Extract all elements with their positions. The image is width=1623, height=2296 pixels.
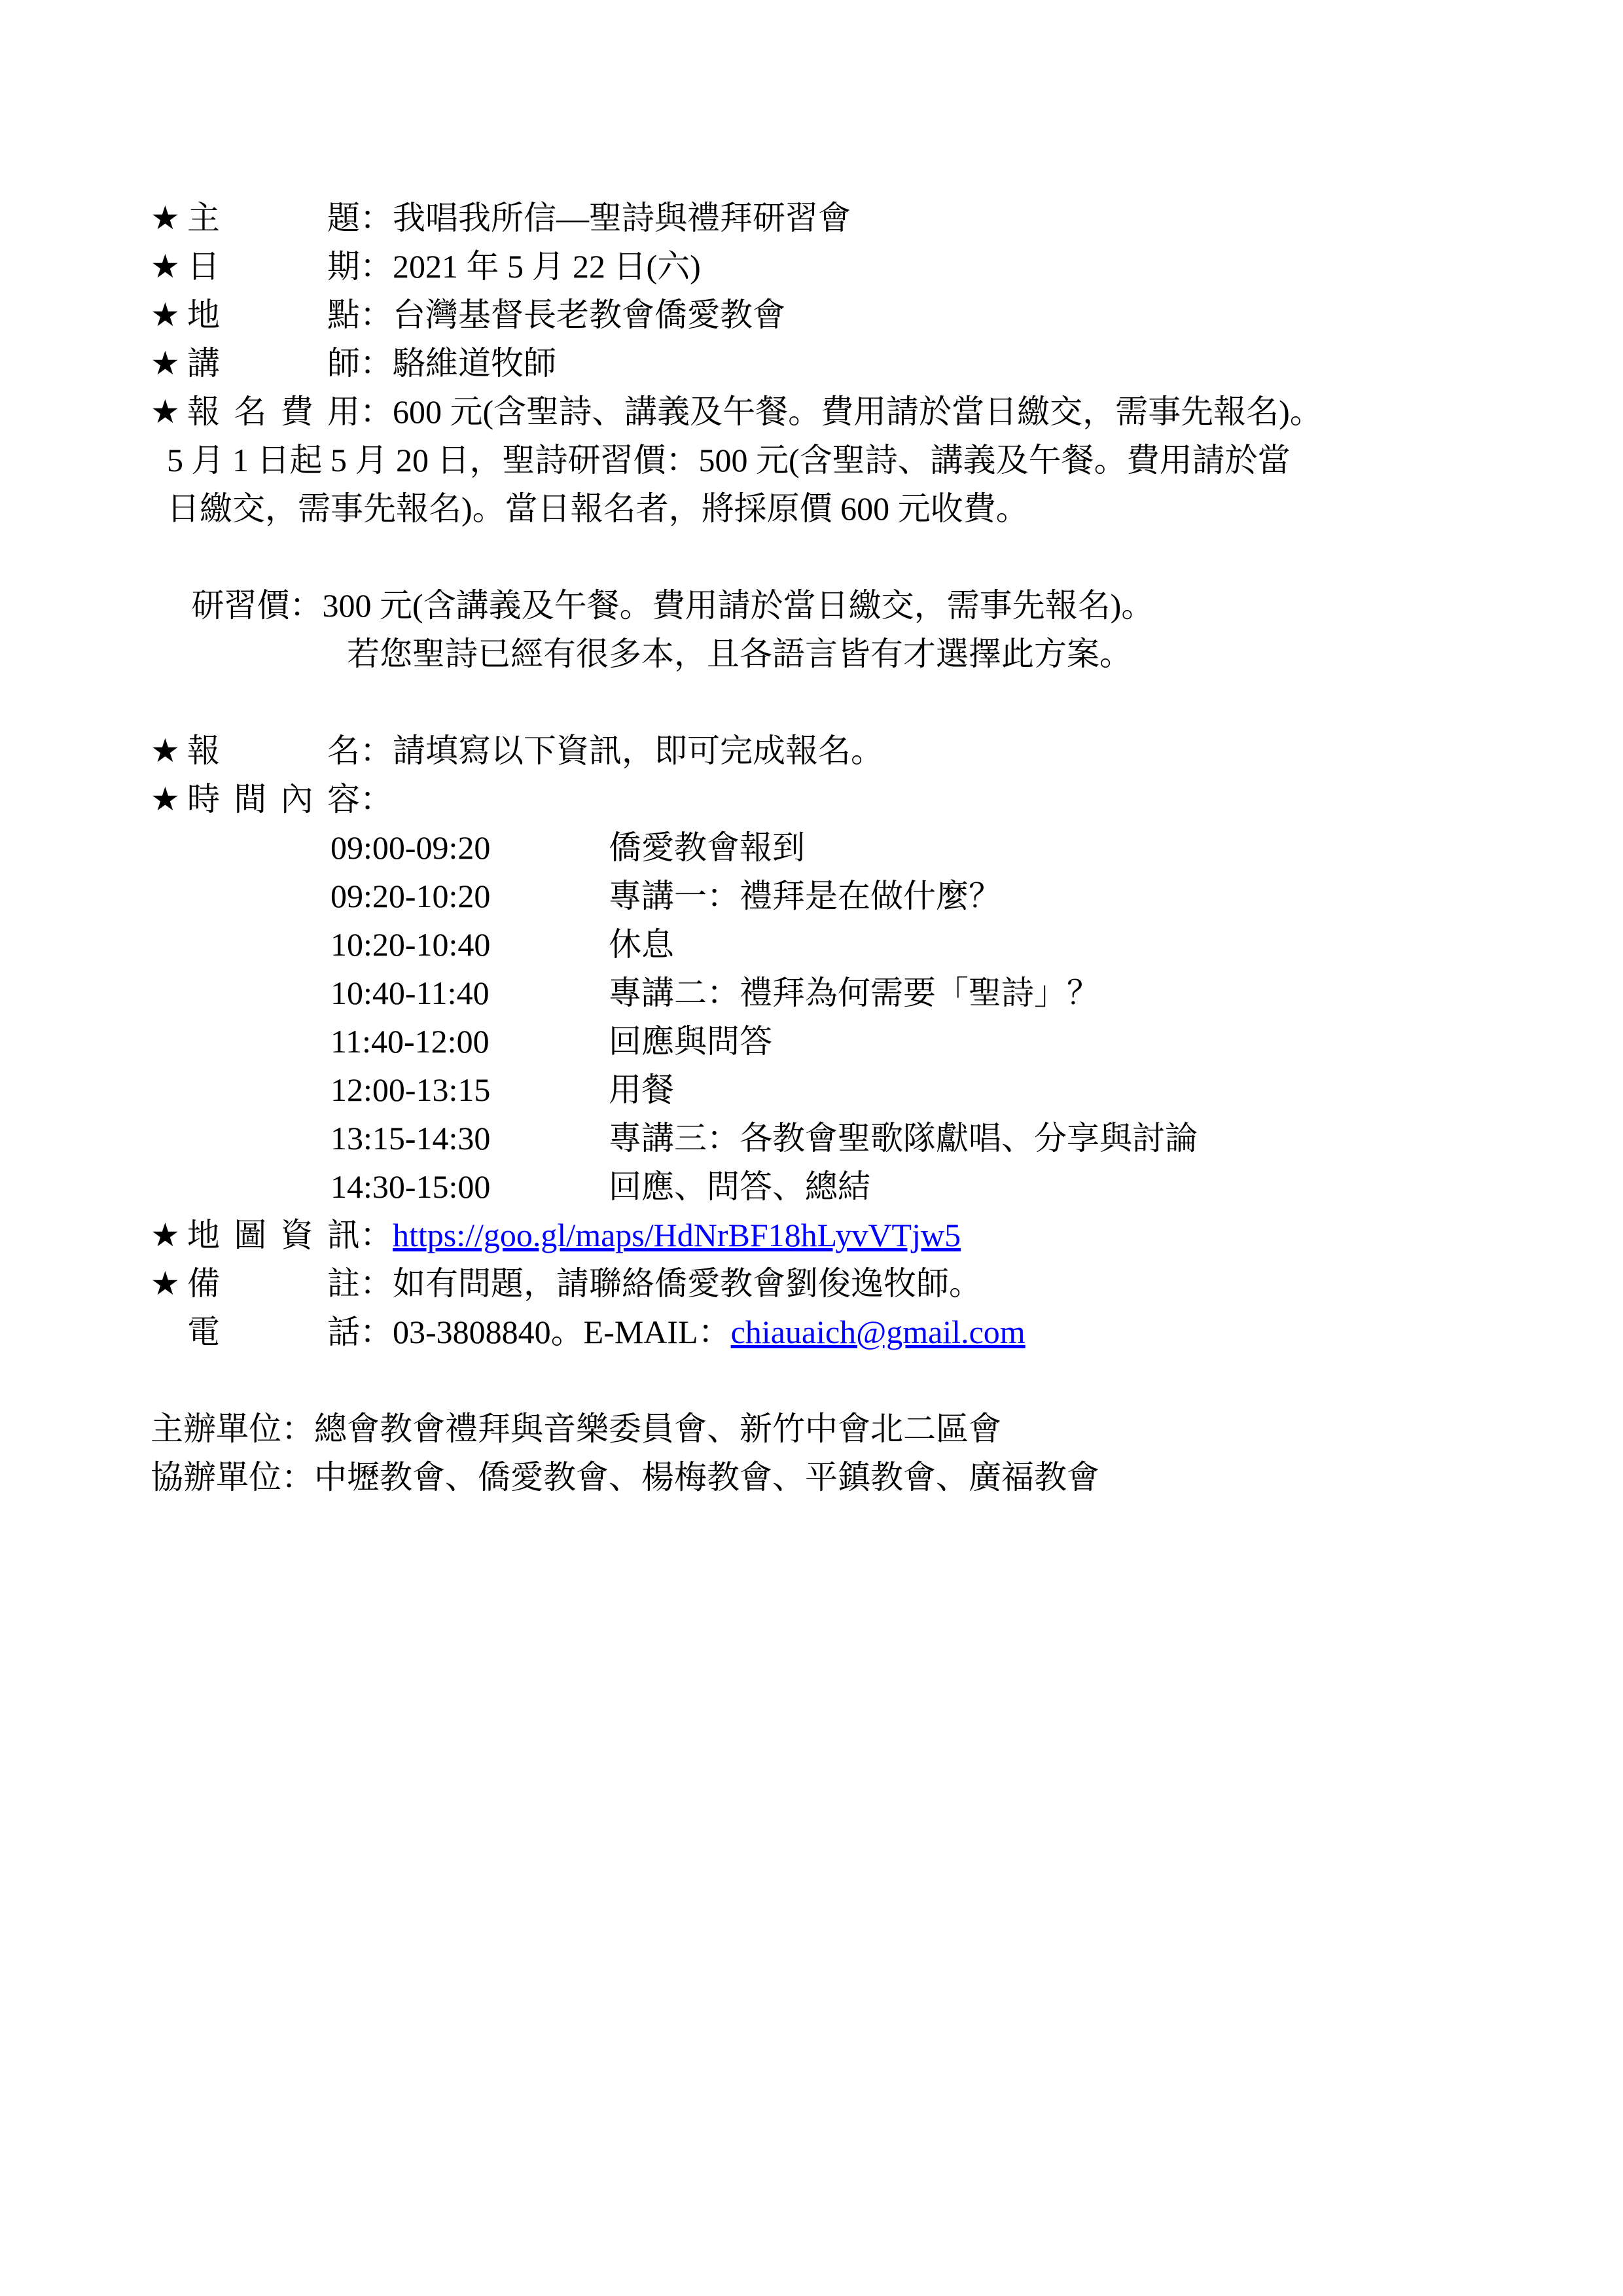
schedule-activity: 回應與問答	[609, 1023, 772, 1060]
blank-line	[151, 1356, 1472, 1405]
phone-label: 電話	[187, 1308, 360, 1356]
schedule-time: 14:30-15:00	[330, 1162, 609, 1211]
schedule-activity: 專講一：禮拜是在做什麼？	[609, 878, 1001, 914]
line-phone: 電話：03-3808840。E-MAIL：chiauaich@gmail.com	[151, 1308, 1472, 1356]
line-fee-continuation-2: 日繳交，需事先報名)。當日報名者，將採原價 600 元收費。	[151, 484, 1472, 533]
line-map-info: ★地圖資訊：https://goo.gl/maps/HdNrBF18hLyvVT…	[151, 1211, 1472, 1259]
schedule-row: 10:20-10:40休息	[151, 920, 1472, 969]
register-label: 報名	[187, 726, 360, 775]
star-icon: ★	[151, 775, 187, 823]
line-fee: ★報名費用：600 元(含聖詩、講義及午餐。費用請於當日繳交，需事先報名)。	[151, 387, 1472, 436]
fee-continuation-2-text: 日繳交，需事先報名)。當日報名者，將採原價 600 元收費。	[151, 490, 1029, 527]
schedule-activity: 僑愛教會報到	[609, 829, 805, 866]
line-co-organizer: 協辦單位：中壢教會、僑愛教會、楊梅教會、平鎮教會、廣福教會	[151, 1453, 1472, 1501]
schedule-row: 09:20-10:20專講一：禮拜是在做什麼？	[151, 872, 1472, 920]
fee-separator: ：	[360, 393, 393, 430]
map-info-separator: ：	[360, 1217, 393, 1253]
line-venue: ★地點：台灣基督長老教會僑愛教會	[151, 291, 1472, 339]
speaker-label: 講師	[187, 339, 360, 387]
star-icon: ★	[151, 339, 187, 387]
schedule-row: 14:30-15:00回應、問答、總結	[151, 1162, 1472, 1211]
fee-label: 報名費用	[187, 387, 360, 436]
venue-label: 地點	[187, 291, 360, 339]
fee-continuation-1-text: 5 月 1 日起 5 月 20 日，聖詩研習價：500 元(含聖詩、講義及午餐。…	[151, 442, 1291, 478]
co-organizer-text: 協辦單位：中壢教會、僑愛教會、楊梅教會、平鎮教會、廣福教會	[151, 1459, 1099, 1496]
schedule-activity: 用餐	[609, 1071, 674, 1108]
map-info-label: 地圖資訊	[187, 1211, 360, 1259]
star-icon: ★	[151, 291, 187, 339]
schedule-header-label: 時間內容	[187, 775, 360, 823]
fee-value: 600 元(含聖詩、講義及午餐。費用請於當日繳交，需事先報名)。	[393, 393, 1323, 430]
schedule-activity: 休息	[609, 926, 674, 963]
line-topic: ★主題：我唱我所信—聖詩與禮拜研習會	[151, 194, 1472, 242]
schedule-activity: 專講二：禮拜為何需要「聖詩」？	[609, 975, 1099, 1011]
topic-label: 主題	[187, 194, 360, 242]
schedule-time: 09:20-10:20	[330, 872, 609, 920]
schedule-activity: 專講三：各教會聖歌隊獻唱、分享與討論	[609, 1120, 1198, 1157]
register-separator: ：	[360, 732, 393, 769]
line-register: ★報名：請填寫以下資訊，即可完成報名。	[151, 726, 1472, 775]
star-icon: ★	[151, 387, 187, 436]
schedule-row: 13:15-14:30專講三：各教會聖歌隊獻唱、分享與討論	[151, 1114, 1472, 1162]
line-date: ★日期：2021 年 5 月 22 日(六)	[151, 242, 1472, 291]
star-icon: ★	[151, 1259, 187, 1308]
schedule-time: 12:00-13:15	[330, 1066, 609, 1114]
schedule-time: 10:20-10:40	[330, 920, 609, 969]
line-fee-continuation-1: 5 月 1 日起 5 月 20 日，聖詩研習價：500 元(含聖詩、講義及午餐。…	[151, 436, 1472, 484]
line-organizer: 主辦單位：總會教會禮拜與音樂委員會、新竹中會北二區會	[151, 1405, 1472, 1453]
blank-line	[151, 533, 1472, 581]
schedule-row: 09:00-09:20僑愛教會報到	[151, 823, 1472, 872]
organizer-text: 主辦單位：總會教會禮拜與音樂委員會、新竹中會北二區會	[151, 1410, 1001, 1447]
line-alt-price-note: 若您聖詩已經有很多本，且各語言皆有才選擇此方案。	[151, 630, 1472, 678]
date-separator: ：	[360, 248, 393, 285]
date-label: 日期	[187, 242, 360, 291]
schedule-time: 13:15-14:30	[330, 1114, 609, 1162]
document-page: { "page": { "background": "#ffffff", "te…	[0, 0, 1623, 2296]
star-icon: ★	[151, 1211, 187, 1259]
note-label: 備註	[187, 1259, 360, 1308]
alt-price-note-text: 若您聖詩已經有很多本，且各語言皆有才選擇此方案。	[151, 636, 1132, 672]
venue-value: 台灣基督長老教會僑愛教會	[393, 296, 785, 333]
schedule-activity: 回應、問答、總結	[609, 1168, 870, 1205]
schedule-row: 10:40-11:40專講二：禮拜為何需要「聖詩」？	[151, 969, 1472, 1017]
note-separator: ：	[360, 1265, 393, 1302]
line-alt-price: 研習價：300 元(含講義及午餐。費用請於當日繳交，需事先報名)。	[151, 581, 1472, 630]
topic-separator: ：	[360, 200, 393, 236]
blank-line	[151, 678, 1472, 726]
flyer-document: ★主題：我唱我所信—聖詩與禮拜研習會 ★日期：2021 年 5 月 22 日(六…	[0, 0, 1623, 1501]
speaker-value: 駱維道牧師	[393, 345, 556, 382]
schedule-row: 11:40-12:00回應與問答	[151, 1017, 1472, 1066]
schedule-time: 09:00-09:20	[330, 823, 609, 872]
star-icon: ★	[151, 726, 187, 775]
note-value: 如有問題，請聯絡僑愛教會劉俊逸牧師。	[393, 1265, 982, 1302]
topic-value: 我唱我所信—聖詩與禮拜研習會	[393, 200, 851, 236]
alt-price-text: 研習價：300 元(含講義及午餐。費用請於當日繳交，需事先報名)。	[151, 587, 1154, 624]
schedule-time: 11:40-12:00	[330, 1017, 609, 1066]
email-link[interactable]: chiauaich@gmail.com	[731, 1314, 1026, 1350]
star-icon: ★	[151, 242, 187, 291]
line-note: ★備註：如有問題，請聯絡僑愛教會劉俊逸牧師。	[151, 1259, 1472, 1308]
register-value: 請填寫以下資訊，即可完成報名。	[393, 732, 883, 769]
venue-separator: ：	[360, 296, 393, 333]
phone-separator: ：	[360, 1314, 393, 1350]
map-link[interactable]: https://goo.gl/maps/HdNrBF18hLyvVTjw5	[393, 1217, 961, 1253]
schedule-time: 10:40-11:40	[330, 969, 609, 1017]
line-speaker: ★講師：駱維道牧師	[151, 339, 1472, 387]
line-schedule-header: ★時間內容：	[151, 775, 1472, 823]
star-icon: ★	[151, 194, 187, 242]
schedule-header-separator: ：	[360, 781, 393, 817]
phone-value: 03-3808840。E-MAIL：	[393, 1314, 731, 1350]
speaker-separator: ：	[360, 345, 393, 382]
schedule-row: 12:00-13:15用餐	[151, 1066, 1472, 1114]
date-value: 2021 年 5 月 22 日(六)	[393, 248, 701, 285]
